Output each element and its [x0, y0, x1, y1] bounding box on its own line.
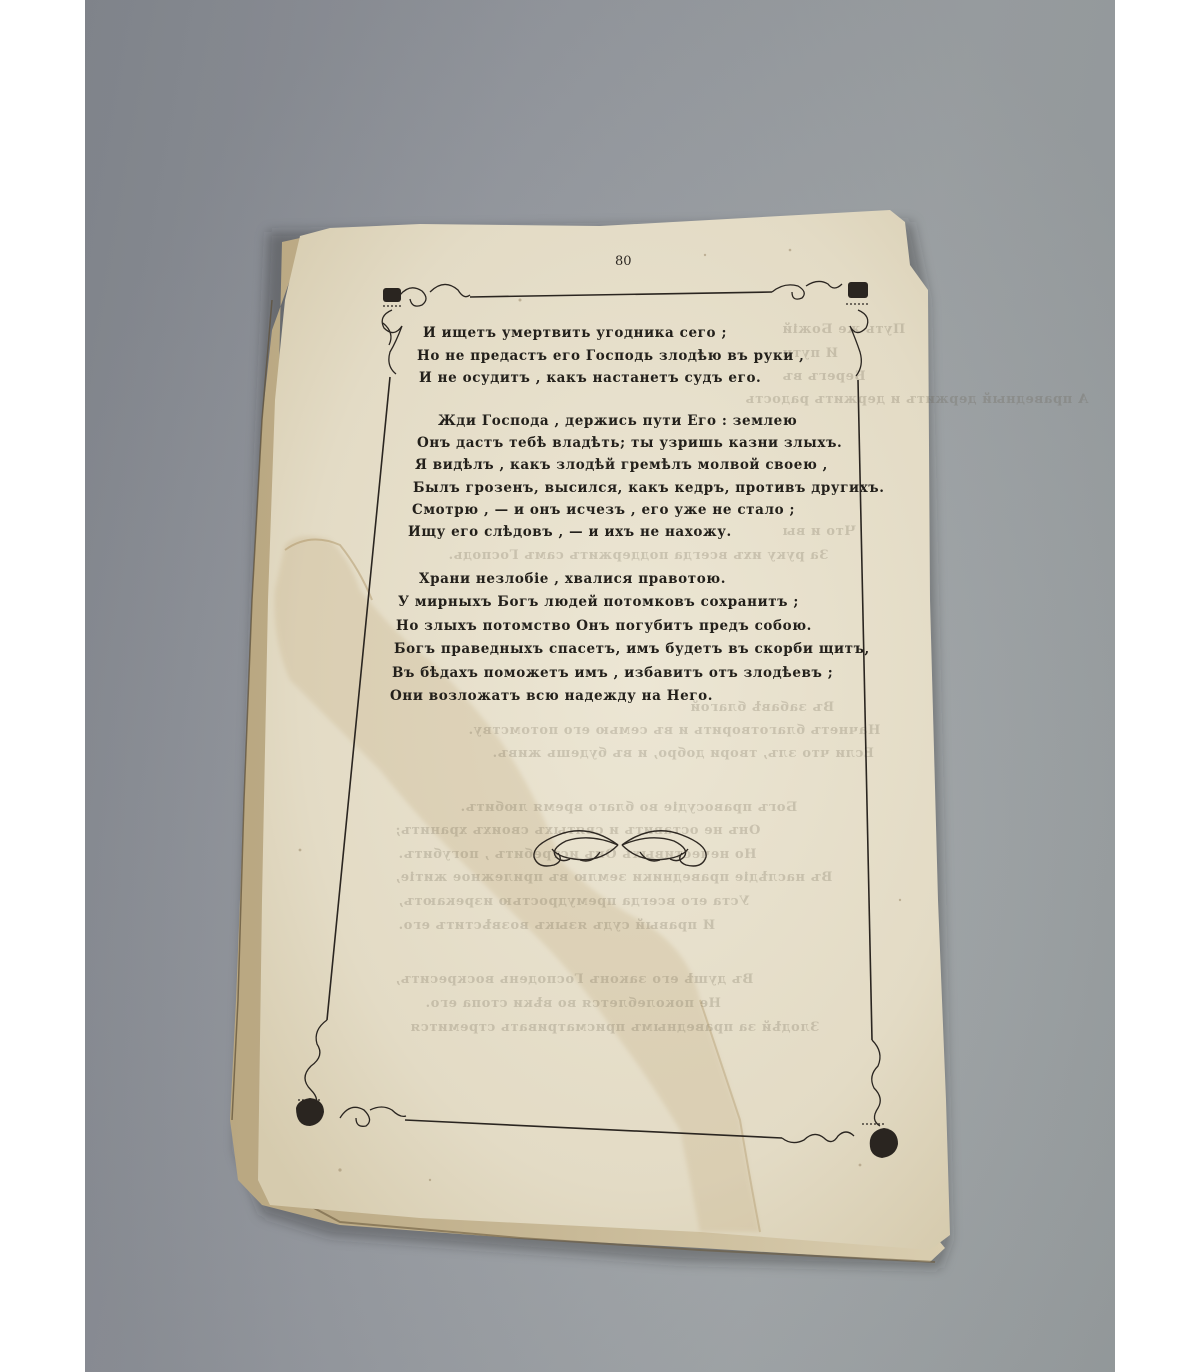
poem-line: Храни незлобіе , хвалися правотою.: [419, 571, 726, 587]
poem-line: Ищу его слѣдовъ , — и ихъ не нахожу.: [408, 524, 732, 540]
poem-text: И ищетъ умертвить угодника сего ; Но не …: [0, 0, 1200, 1372]
poem-line: Богъ праведныхъ спасетъ, имъ будетъ въ с…: [394, 641, 870, 657]
poem-line: Въ бѣдахъ поможетъ имъ , избавитъ отъ зл…: [392, 665, 833, 681]
poem-line: Онъ дастъ тебѣ владѣть; ты узришь казни …: [417, 435, 842, 451]
poem-line: У мирныхъ Богъ людей потомковъ сохранитъ…: [398, 594, 799, 610]
poem-line: Смотрю , — и онъ исчезъ , его уже не ста…: [412, 502, 795, 518]
poem-line: Но не предастъ его Господь злодѣю въ рук…: [417, 348, 804, 364]
poem-line: И не осудитъ , какъ настанетъ судъ его.: [419, 370, 761, 386]
poem-line: Я видѣлъ , какъ злодѣй гремѣлъ молвой св…: [415, 457, 828, 473]
poem-line: Жди Господа , держись пути Его : землею: [438, 413, 797, 429]
poem-line: Былъ грозенъ, высился, какъ кедръ, проти…: [413, 480, 885, 496]
poem-line: Они возложатъ всю надежду на Него.: [390, 688, 713, 704]
poem-line: И ищетъ умертвить угодника сего ;: [423, 325, 727, 341]
poem-line: Но злыхъ потомство Онъ погубитъ предъ со…: [396, 618, 812, 634]
